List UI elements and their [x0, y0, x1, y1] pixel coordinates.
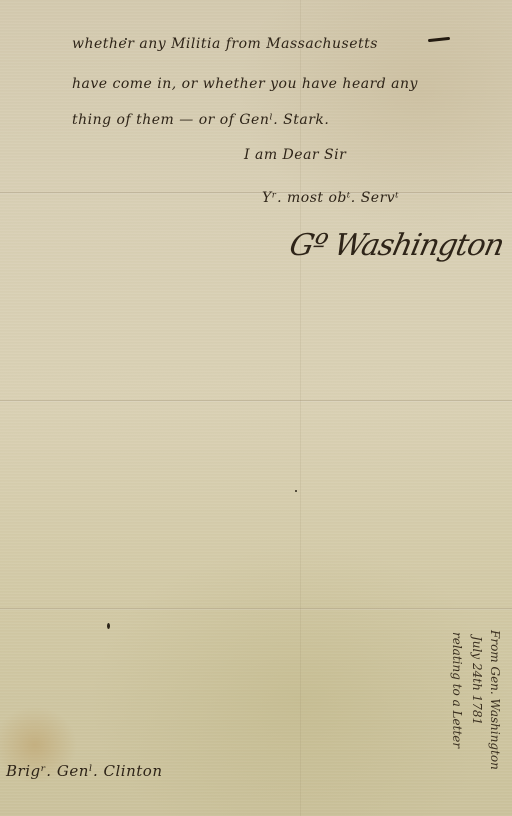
letter-body-line-2: have come in, or whether you have heard …: [72, 76, 418, 92]
ink-spot: [125, 38, 127, 40]
paper-fold-1: [0, 192, 512, 194]
signature: Gº Washington: [286, 228, 506, 263]
docket-line-2: July 24th 1781: [470, 636, 484, 725]
ink-strikethrough: [428, 37, 450, 42]
closing-valediction: Yʳ. most obᵗ. Servᵗ: [262, 190, 399, 206]
letter-body-line-1: whether any Militia from Massachusetts: [72, 36, 378, 52]
letter-body-line-3: thing of them — or of Genˡ. Stark.: [72, 112, 329, 128]
paper-fold-2: [0, 400, 512, 402]
ink-spot: [107, 623, 110, 629]
ink-spot: [295, 490, 297, 492]
addressee: Brigʳ. Genˡ. Clinton: [6, 762, 162, 780]
docket-line-1: From Gen. Washington: [488, 630, 502, 770]
paper-fold-3: [0, 608, 512, 610]
closing-salutation: I am Dear Sir: [244, 147, 346, 163]
docket-line-3: relating to a Letter: [450, 632, 464, 748]
letter-page: whether any Militia from Massachusetts h…: [0, 0, 512, 816]
